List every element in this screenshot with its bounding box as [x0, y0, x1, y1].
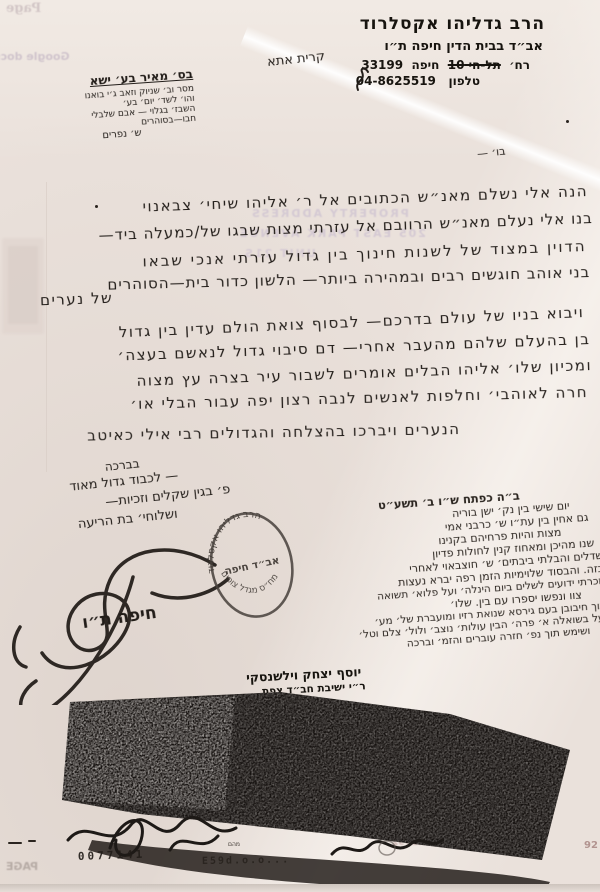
body-line-5: של נערים — [40, 289, 114, 310]
body-line-10: הנערים ויברכו בהצלחה והגדולים רבי אילי כ… — [87, 420, 461, 445]
letterhead-address: רח׳ תל-חי 10 חיפה 33199 — [361, 58, 530, 72]
code-mark: E59d.o.o... — [202, 854, 290, 867]
letterhead-name: הרב גדליהו אקסלרוד — [360, 14, 545, 34]
ink-dot — [95, 205, 98, 208]
tiny-label: מהם — [228, 841, 240, 848]
phone-label: טלפון — [448, 74, 480, 88]
serial-number: 0077141 — [78, 848, 146, 863]
letterhead-phone: טלפון 04-8625519 — [356, 74, 480, 88]
redaction-block: 0077141 E59d.o.o... מהם — [50, 688, 600, 892]
scanner-edge — [0, 884, 600, 892]
bleed-page-label-top: Page — [6, 1, 41, 16]
address-city: חיפה — [411, 58, 439, 72]
scanned-letter-page: Page Google docs PROPERTY ADDRESS 205 EA… — [0, 0, 600, 892]
bleed-stamp-box — [2, 238, 44, 334]
bleed-google-docs: Google docs — [0, 50, 70, 63]
bleed-rule-line — [46, 182, 47, 472]
ink-dot — [566, 120, 569, 123]
address-struck-text: תל-חי 10 — [448, 58, 501, 72]
letterhead-title: אב״ד בבית הדין חיפה ת״ו — [384, 39, 543, 54]
margin-note: בו׳ — — [476, 145, 506, 161]
bleed-page-label-bottom: PAGE — [6, 860, 38, 873]
side-note-block: ב״ה כפתח ש״ו ב׳ תשע״ט יום שישי בין נק׳ י… — [299, 483, 600, 657]
address-prefix: רח׳ — [509, 58, 530, 72]
handwritten-city-note: קרית אתא — [266, 49, 325, 70]
stray-dash — [8, 842, 22, 844]
top-annotation-block: בס׳ מאיר בע׳ ישא מסר וב׳ שניוק וזאב ג׳י … — [43, 67, 197, 145]
pen-stroke-over-phone — [352, 66, 374, 92]
stray-dash — [28, 840, 36, 842]
